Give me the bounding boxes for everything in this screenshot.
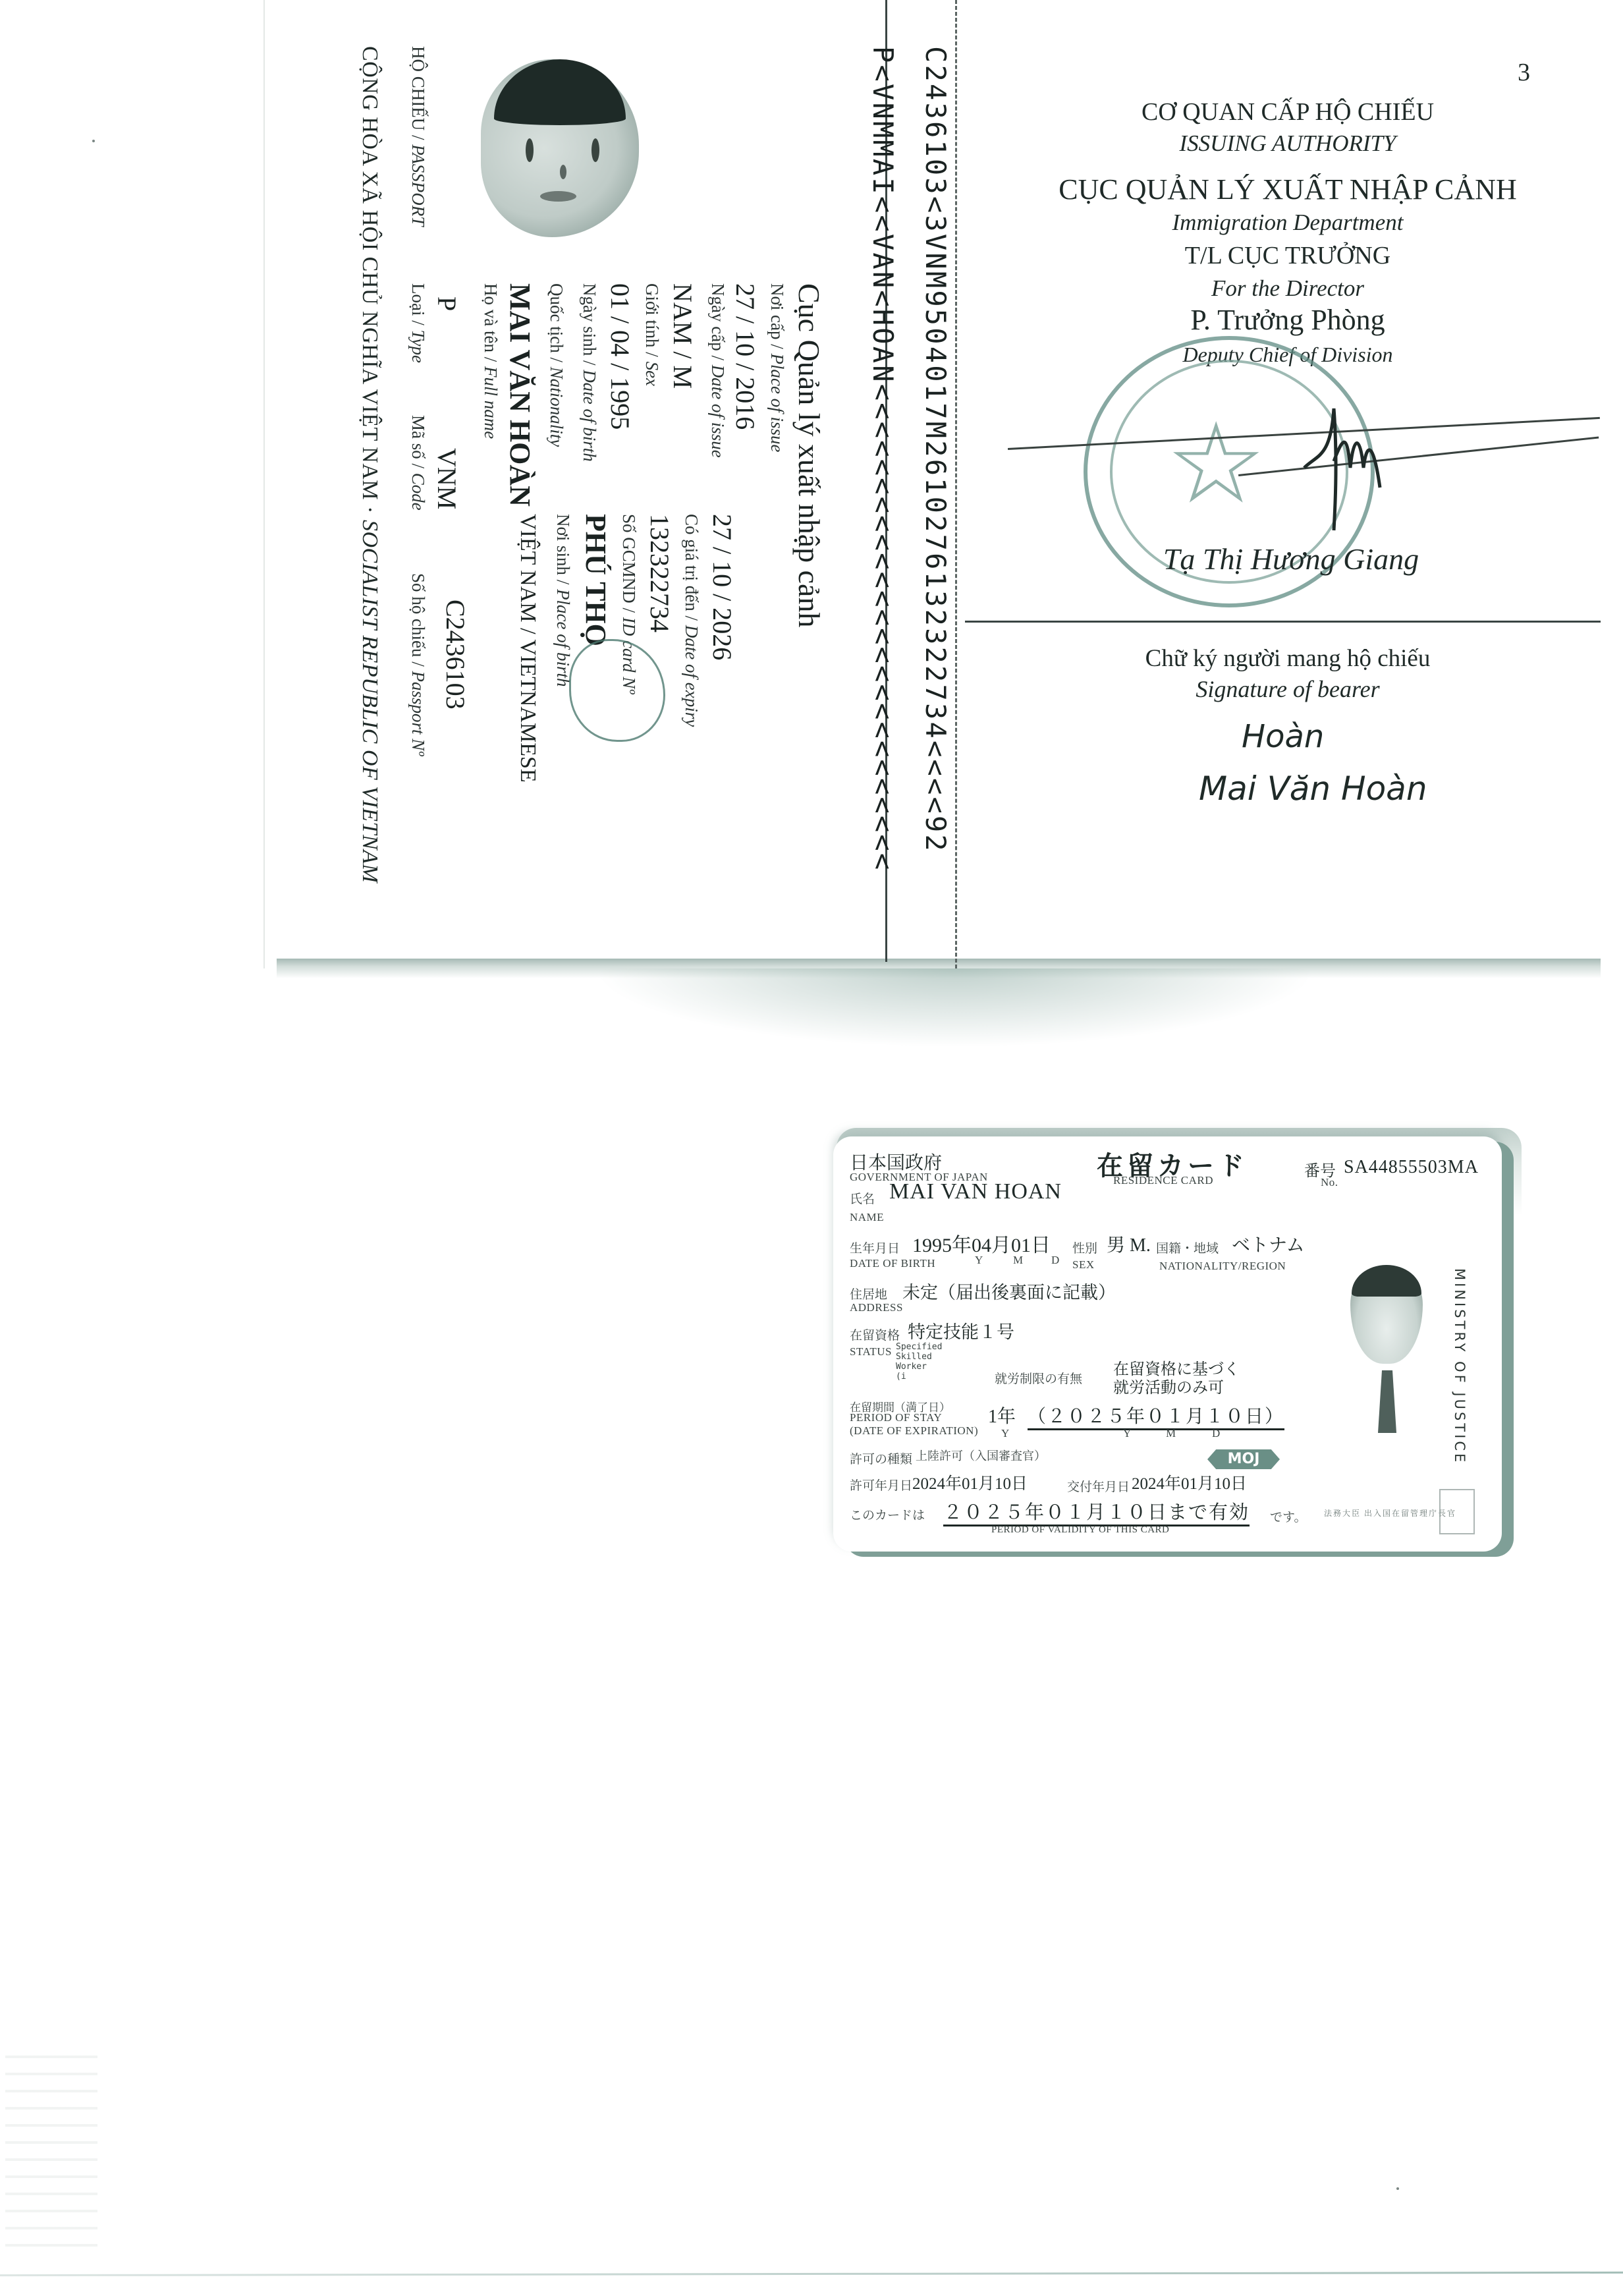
- expiration-label-en: (DATE OF EXPIRATION): [850, 1424, 978, 1438]
- page-divider: [965, 621, 1601, 623]
- card-title-en: RESIDENCE CARD: [1113, 1174, 1213, 1187]
- passport-data-page: CỘNG HÒA XÃ HỘI CHỦ NGHĨA VIỆT NAM · SOC…: [329, 46, 889, 922]
- sex-label-jp: 性別: [1072, 1239, 1097, 1256]
- permit-date: 2024年01月10日: [912, 1470, 1028, 1494]
- status-en-line: Worker: [896, 1362, 942, 1372]
- work-restriction-line-2: 就労活動のみ可: [1113, 1374, 1224, 1397]
- full-name-value: MAI VĂN HOÀN: [503, 283, 537, 507]
- card-number: SA44855503MA: [1344, 1157, 1479, 1178]
- doe-label-vi: Có giá trị đến: [682, 514, 701, 611]
- status-en-line: Specified: [896, 1342, 942, 1352]
- photo-nose: [560, 165, 566, 179]
- dob-label-en: DATE OF BIRTH: [850, 1257, 935, 1270]
- validity-label-en: PERIOD OF VALIDITY OF THIS CARD: [991, 1525, 1169, 1536]
- passport-fold-shadow: [593, 968, 1317, 1048]
- country-header-vi: CỘNG HÒA XÃ HỘI CHỦ NGHĨA VIỆT NAM: [358, 46, 382, 500]
- exp-y: Y: [1123, 1427, 1132, 1440]
- date-of-expiry-value: 27 / 10 / 2026: [707, 514, 738, 660]
- department-vi: CỤC QUẢN LÝ XUẤT NHẬP CẢNH: [975, 173, 1601, 206]
- issue-date-label: 交付年月日: [1067, 1477, 1130, 1495]
- doc-title: HỘ CHIẾU / PASSPORT: [408, 46, 428, 226]
- type-value: P: [431, 296, 462, 311]
- full-name-label-vi: Họ và tên: [481, 283, 501, 352]
- pob-label-vi: Nơi sinh: [553, 514, 573, 575]
- photo-eye: [526, 138, 534, 162]
- photo-hair: [1352, 1265, 1421, 1297]
- dob-d: D: [1051, 1254, 1060, 1267]
- type-label: Loại / Type: [408, 283, 428, 363]
- card-photo: [1337, 1265, 1443, 1430]
- scan-artifact: [5, 2056, 97, 2253]
- page-number: 3: [1518, 58, 1530, 87]
- poi-label-vi: Nơi cấp: [767, 283, 787, 340]
- nationality-label: Quốc tịch / Nationality: [546, 283, 566, 447]
- issue-date: 2024年01月10日: [1132, 1470, 1247, 1494]
- nationality-label-en: NATIONALITY/REGION: [1159, 1260, 1286, 1273]
- ministry-of-justice-label: MINISTRY OF JUSTICE: [1452, 1268, 1468, 1465]
- passport-photo: [481, 59, 639, 237]
- bearer-signature-label-en: Signature of bearer: [975, 675, 1601, 703]
- nationality-label-jp: 国籍・地域: [1156, 1239, 1219, 1256]
- validity-suffix: です。: [1270, 1507, 1306, 1525]
- authority-heading-en: ISSUING AUTHORITY: [975, 130, 1601, 157]
- doc-title-en: PASSPORT: [408, 144, 428, 226]
- doe-label-en: Date of expiry: [682, 625, 701, 727]
- status-label-jp: 在留資格: [850, 1326, 900, 1343]
- code-value: VNM: [431, 448, 462, 509]
- card-number-label-en: No.: [1321, 1176, 1338, 1189]
- department-en: Immigration Department: [975, 210, 1601, 236]
- address-label-jp: 住居地: [850, 1285, 887, 1302]
- passport-number: C2436103: [440, 600, 471, 710]
- dove-watermark-icon: [569, 639, 665, 742]
- dob-label: Ngày sinh / Date of birth: [579, 283, 599, 462]
- scan-edge-line: [0, 2272, 1623, 2276]
- country-header-en: SOCIALIST REPUBLIC OF VIETNAM: [358, 520, 382, 883]
- sex-label: Giới tính / Sex: [642, 283, 662, 386]
- bearer-signature-line-1: Hoàn: [1242, 718, 1324, 755]
- exp-m: M: [1166, 1427, 1176, 1440]
- sex-label-en: Sex: [642, 362, 662, 386]
- dob-value: 01 / 04 / 1995: [605, 283, 636, 430]
- dob-label-vi: Ngày sinh: [580, 283, 599, 356]
- signatory-name: Tạ Thị Hương Giang: [1028, 542, 1554, 576]
- work-restriction-label: 就労制限の有無: [995, 1369, 1082, 1387]
- period-label-en: PERIOD OF STAY: [850, 1411, 942, 1424]
- nationality-label-en: Nationality: [547, 367, 566, 447]
- photo-eye: [591, 138, 599, 162]
- date-of-issue-value: 27 / 10 / 2016: [730, 283, 761, 430]
- dob-m: M: [1013, 1254, 1024, 1267]
- passport-edge: [263, 0, 265, 968]
- photo-hair: [494, 59, 626, 125]
- name-label-jp: 氏名: [850, 1189, 875, 1207]
- date-of-expiry-label: Có giá trị đến / Date of expiry: [681, 514, 701, 727]
- scan-speck: [92, 140, 95, 142]
- doi-label-vi: Ngày cấp: [708, 283, 728, 351]
- full-name-label: Họ và tên / Full name: [480, 283, 501, 439]
- mrz-line-2: C2436103<3VNM9504017M2610276132322734<<<…: [920, 46, 952, 853]
- dob-label-jp: 生年月日: [850, 1239, 900, 1256]
- card-sex: 男 M.: [1107, 1231, 1151, 1257]
- exp-d: D: [1212, 1427, 1221, 1440]
- status-en-line: Skilled: [896, 1352, 942, 1362]
- type-label-en: Type: [408, 330, 428, 363]
- code-label-vi: Mã số: [408, 415, 428, 459]
- card-address: 未定（届出後裏面に記載）: [902, 1278, 1116, 1304]
- card-validity: ２０２５年０１月１０日まで有効: [943, 1498, 1250, 1526]
- card-period-expiration: （２０２５年０１月１０日）: [1028, 1402, 1284, 1430]
- permit-type-label: 許可の種類: [850, 1449, 912, 1467]
- passport-perforation: [955, 0, 957, 968]
- bearer-signature-line-2: Mai Văn Hoàn: [1199, 770, 1427, 808]
- authority-heading-vi: CƠ QUAN CẤP HỘ CHIẾU: [975, 98, 1601, 126]
- country-header: CỘNG HÒA XÃ HỘI CHỦ NGHĨA VIỆT NAM · SOC…: [357, 46, 382, 883]
- photo-mouth: [540, 191, 576, 202]
- id-card-value: 132322734: [644, 514, 675, 632]
- card-name: MAI VAN HOAN: [889, 1179, 1062, 1204]
- seal-star-icon: ☆: [1166, 408, 1266, 520]
- moj-badge: MOJ: [1207, 1449, 1280, 1469]
- card-period: 1年: [988, 1402, 1016, 1428]
- photo-tie: [1374, 1370, 1400, 1433]
- mrz-line-1: P<VNMMAI<<VAN<HOAN<<<<<<<<<<<<<<<<<<<<<<…: [867, 46, 899, 872]
- id-card-label-vi: Số GCMND: [619, 514, 639, 603]
- code-label: Mã số / Code: [408, 415, 428, 511]
- place-of-birth-label: Nơi sinh / Place of birth: [553, 514, 573, 687]
- signatory-title-vi: P. Trưởng Phòng: [975, 303, 1601, 337]
- address-label-en: ADDRESS: [850, 1301, 903, 1314]
- date-of-issue-label: Ngày cấp / Date of issue: [707, 283, 728, 458]
- card-nationality: ベトナム: [1232, 1231, 1305, 1257]
- period-y: Y: [1001, 1427, 1010, 1440]
- status-en-line: (i: [896, 1372, 942, 1382]
- for-director-vi: T/L CỤC TRƯỞNG: [975, 241, 1601, 270]
- sex-value: NAM / M: [667, 283, 698, 389]
- sex-label-en: SEX: [1072, 1258, 1095, 1272]
- sex-label-vi: Giới tính: [642, 283, 662, 348]
- type-label-vi: Loại: [408, 283, 428, 316]
- code-label-en: Code: [408, 473, 428, 511]
- dob-y: Y: [975, 1254, 983, 1267]
- nationality-label-vi: Quốc tịch: [547, 283, 566, 353]
- permit-type: 上陸許可（入国審査官）: [916, 1447, 1046, 1464]
- passport-no-label-en: Passport Nº: [408, 671, 428, 756]
- place-of-birth-value: PHÚ THỌ: [579, 514, 613, 646]
- passport-no-label: Số hộ chiếu / Passport Nº: [408, 573, 428, 756]
- for-director-en: For the Director: [975, 275, 1601, 302]
- validity-prefix: このカードは: [850, 1505, 925, 1523]
- permit-date-label: 許可年月日: [850, 1476, 912, 1494]
- issuer-stamp-text: 法務大臣 出入国在留管理庁長官: [1324, 1507, 1456, 1519]
- nationality-value: VIỆT NAM / VIETNAMESE: [515, 514, 540, 783]
- passport-no-label-vi: Số hộ chiếu: [408, 573, 428, 658]
- director-signature-icon: [1298, 395, 1383, 534]
- doc-title-vi: HỘ CHIẾU: [408, 46, 428, 130]
- status-en-detail: Specified Skilled Worker (i: [896, 1342, 942, 1382]
- issuer-seal-icon: [1439, 1489, 1475, 1534]
- poi-label-en: Place of issue: [767, 354, 787, 453]
- name-label-en: NAME: [850, 1211, 884, 1224]
- doi-label-en: Date of issue: [708, 365, 728, 458]
- dob-label-en: Date of birth: [580, 370, 599, 462]
- card-status: 特定技能１号: [908, 1318, 1014, 1343]
- place-of-issue-label: Nơi cấp / Place of issue: [767, 283, 787, 452]
- scan-speck: [1396, 2187, 1399, 2190]
- full-name-label-en: Full name: [481, 366, 501, 439]
- status-label-en: STATUS: [850, 1345, 892, 1358]
- place-of-issue-value: Cục Quản lý xuất nhập cảnh: [792, 283, 827, 627]
- bearer-signature-label-vi: Chữ ký người mang hộ chiếu: [975, 644, 1601, 673]
